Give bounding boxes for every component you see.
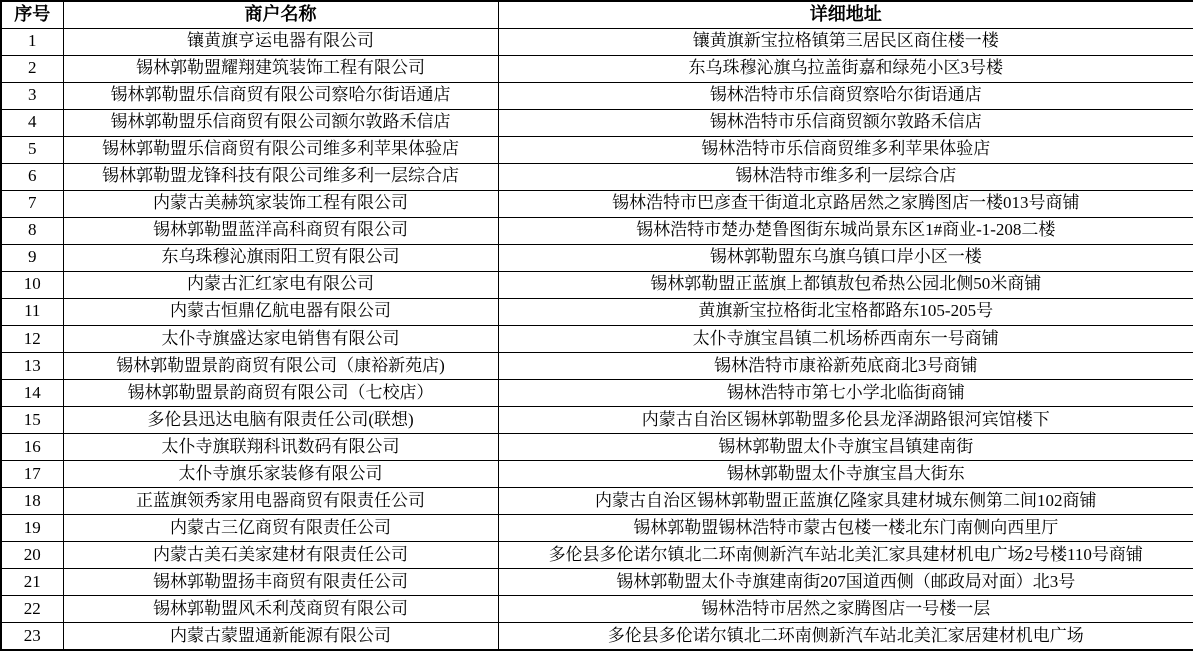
- table-row: 17太仆寺旗乐家装修有限公司锡林郭勒盟太仆寺旗宝昌大街东: [1, 461, 1193, 488]
- address-cell: 锡林浩特市楚办楚鲁图街东城尚景东区1#商业-1-208二楼: [498, 217, 1193, 244]
- row-index-cell: 17: [1, 461, 63, 488]
- merchant-name-cell: 锡林郭勒盟景韵商贸有限公司（康裕新苑店): [63, 352, 498, 379]
- merchant-name-cell: 锡林郭勒盟扬丰商贸有限责任公司: [63, 569, 498, 596]
- merchant-name-cell: 锡林郭勒盟龙锋科技有限公司维多利一层综合店: [63, 163, 498, 190]
- merchant-name-cell: 太仆寺旗盛达家电销售有限公司: [63, 325, 498, 352]
- merchant-name-cell: 锡林郭勒盟蓝洋高科商贸有限公司: [63, 217, 498, 244]
- address-cell: 锡林郭勒盟太仆寺旗建南街207国道西侧（邮政局对面）北3号: [498, 569, 1193, 596]
- row-index-cell: 5: [1, 136, 63, 163]
- row-index-cell: 15: [1, 406, 63, 433]
- merchant-name-cell: 锡林郭勒盟景韵商贸有限公司（七校店）: [63, 379, 498, 406]
- address-cell: 锡林浩特市乐信商贸额尔敦路禾信店: [498, 109, 1193, 136]
- row-index-cell: 16: [1, 433, 63, 460]
- table-row: 18正蓝旗领秀家用电器商贸有限责任公司内蒙古自治区锡林郭勒盟正蓝旗亿隆家具建材城…: [1, 488, 1193, 515]
- row-index-cell: 6: [1, 163, 63, 190]
- merchant-name-cell: 锡林郭勒盟风禾利茂商贸有限公司: [63, 596, 498, 623]
- table-row: 16太仆寺旗联翔科讯数码有限公司锡林郭勒盟太仆寺旗宝昌镇建南街: [1, 433, 1193, 460]
- address-cell: 太仆寺旗宝昌镇二机场桥西南东一号商铺: [498, 325, 1193, 352]
- table-row: 14锡林郭勒盟景韵商贸有限公司（七校店）锡林浩特市第七小学北临街商铺: [1, 379, 1193, 406]
- address-cell: 锡林郭勒盟太仆寺旗宝昌大街东: [498, 461, 1193, 488]
- address-cell: 锡林浩特市康裕新苑底商北3号商铺: [498, 352, 1193, 379]
- merchant-name-cell: 镶黄旗亨运电器有限公司: [63, 28, 498, 55]
- table-row: 21锡林郭勒盟扬丰商贸有限责任公司锡林郭勒盟太仆寺旗建南街207国道西侧（邮政局…: [1, 569, 1193, 596]
- merchant-name-cell: 内蒙古三亿商贸有限责任公司: [63, 515, 498, 542]
- table-row: 20内蒙古美石美家建材有限责任公司多伦县多伦诺尔镇北二环南侧新汽车站北美汇家具建…: [1, 542, 1193, 569]
- address-cell: 多伦县多伦诺尔镇北二环南侧新汽车站北美汇家具建材机电广场2号楼110号商铺: [498, 542, 1193, 569]
- row-index-cell: 2: [1, 55, 63, 82]
- address-cell: 锡林浩特市维多利一层综合店: [498, 163, 1193, 190]
- row-index-cell: 3: [1, 82, 63, 109]
- row-index-cell: 19: [1, 515, 63, 542]
- merchant-name-cell: 内蒙古蒙盟通新能源有限公司: [63, 623, 498, 650]
- table-row: 7内蒙古美赫筑家装饰工程有限公司锡林浩特市巴彦查干街道北京路居然之家腾图店一楼0…: [1, 190, 1193, 217]
- address-cell: 东乌珠穆沁旗乌拉盖街嘉和绿苑小区3号楼: [498, 55, 1193, 82]
- table-row: 10内蒙古汇红家电有限公司锡林郭勒盟正蓝旗上都镇敖包希热公园北侧50米商铺: [1, 271, 1193, 298]
- table-row: 5锡林郭勒盟乐信商贸有限公司维多利苹果体验店锡林浩特市乐信商贸维多利苹果体验店: [1, 136, 1193, 163]
- row-index-cell: 12: [1, 325, 63, 352]
- merchant-name-cell: 多伦县迅达电脑有限责任公司(联想): [63, 406, 498, 433]
- table-row: 11内蒙古恒鼎亿航电器有限公司黄旗新宝拉格街北宝格都路东105-205号: [1, 298, 1193, 325]
- address-cell: 锡林浩特市乐信商贸察哈尔街语通店: [498, 82, 1193, 109]
- merchant-name-cell: 锡林郭勒盟乐信商贸有限公司额尔敦路禾信店: [63, 109, 498, 136]
- merchant-name-cell: 太仆寺旗联翔科讯数码有限公司: [63, 433, 498, 460]
- table-row: 6锡林郭勒盟龙锋科技有限公司维多利一层综合店锡林浩特市维多利一层综合店: [1, 163, 1193, 190]
- row-index-cell: 7: [1, 190, 63, 217]
- address-cell: 锡林浩特市乐信商贸维多利苹果体验店: [498, 136, 1193, 163]
- table-row: 8锡林郭勒盟蓝洋高科商贸有限公司锡林浩特市楚办楚鲁图街东城尚景东区1#商业-1-…: [1, 217, 1193, 244]
- header-row: 序号 商户名称 详细地址: [1, 1, 1193, 28]
- merchant-name-cell: 正蓝旗领秀家用电器商贸有限责任公司: [63, 488, 498, 515]
- row-index-cell: 11: [1, 298, 63, 325]
- merchant-name-cell: 锡林郭勒盟乐信商贸有限公司察哈尔街语通店: [63, 82, 498, 109]
- address-cell: 锡林郭勒盟东乌旗乌镇口岸小区一楼: [498, 244, 1193, 271]
- column-header-address: 详细地址: [498, 1, 1193, 28]
- address-cell: 锡林浩特市居然之家腾图店一号楼一层: [498, 596, 1193, 623]
- table-row: 13锡林郭勒盟景韵商贸有限公司（康裕新苑店)锡林浩特市康裕新苑底商北3号商铺: [1, 352, 1193, 379]
- table-row: 3锡林郭勒盟乐信商贸有限公司察哈尔街语通店锡林浩特市乐信商贸察哈尔街语通店: [1, 82, 1193, 109]
- merchant-name-cell: 内蒙古汇红家电有限公司: [63, 271, 498, 298]
- table-row: 12太仆寺旗盛达家电销售有限公司太仆寺旗宝昌镇二机场桥西南东一号商铺: [1, 325, 1193, 352]
- merchant-name-cell: 锡林郭勒盟耀翔建筑装饰工程有限公司: [63, 55, 498, 82]
- address-cell: 内蒙古自治区锡林郭勒盟正蓝旗亿隆家具建材城东侧第二间102商铺: [498, 488, 1193, 515]
- merchant-name-cell: 锡林郭勒盟乐信商贸有限公司维多利苹果体验店: [63, 136, 498, 163]
- row-index-cell: 1: [1, 28, 63, 55]
- merchant-name-cell: 内蒙古美赫筑家装饰工程有限公司: [63, 190, 498, 217]
- merchant-table: 序号 商户名称 详细地址 1镶黄旗亨运电器有限公司镶黄旗新宝拉格镇第三居民区商住…: [0, 0, 1193, 651]
- row-index-cell: 13: [1, 352, 63, 379]
- merchant-name-cell: 内蒙古恒鼎亿航电器有限公司: [63, 298, 498, 325]
- row-index-cell: 23: [1, 623, 63, 650]
- address-cell: 锡林郭勒盟正蓝旗上都镇敖包希热公园北侧50米商铺: [498, 271, 1193, 298]
- address-cell: 镶黄旗新宝拉格镇第三居民区商住楼一楼: [498, 28, 1193, 55]
- table-row: 23内蒙古蒙盟通新能源有限公司多伦县多伦诺尔镇北二环南侧新汽车站北美汇家居建材机…: [1, 623, 1193, 650]
- row-index-cell: 18: [1, 488, 63, 515]
- address-cell: 锡林郭勒盟太仆寺旗宝昌镇建南街: [498, 433, 1193, 460]
- row-index-cell: 10: [1, 271, 63, 298]
- merchant-name-cell: 东乌珠穆沁旗雨阳工贸有限公司: [63, 244, 498, 271]
- address-cell: 锡林郭勒盟锡林浩特市蒙古包楼一楼北东门南侧向西里厅: [498, 515, 1193, 542]
- table-row: 1镶黄旗亨运电器有限公司镶黄旗新宝拉格镇第三居民区商住楼一楼: [1, 28, 1193, 55]
- address-cell: 锡林浩特市第七小学北临街商铺: [498, 379, 1193, 406]
- address-cell: 内蒙古自治区锡林郭勒盟多伦县龙泽湖路银河宾馆楼下: [498, 406, 1193, 433]
- row-index-cell: 22: [1, 596, 63, 623]
- address-cell: 黄旗新宝拉格街北宝格都路东105-205号: [498, 298, 1193, 325]
- table-body: 1镶黄旗亨运电器有限公司镶黄旗新宝拉格镇第三居民区商住楼一楼2锡林郭勒盟耀翔建筑…: [1, 28, 1193, 650]
- row-index-cell: 21: [1, 569, 63, 596]
- table-row: 19内蒙古三亿商贸有限责任公司锡林郭勒盟锡林浩特市蒙古包楼一楼北东门南侧向西里厅: [1, 515, 1193, 542]
- table-row: 9东乌珠穆沁旗雨阳工贸有限公司锡林郭勒盟东乌旗乌镇口岸小区一楼: [1, 244, 1193, 271]
- column-header-name: 商户名称: [63, 1, 498, 28]
- row-index-cell: 4: [1, 109, 63, 136]
- address-cell: 锡林浩特市巴彦查干街道北京路居然之家腾图店一楼013号商铺: [498, 190, 1193, 217]
- row-index-cell: 8: [1, 217, 63, 244]
- column-header-index: 序号: [1, 1, 63, 28]
- table-row: 22锡林郭勒盟风禾利茂商贸有限公司锡林浩特市居然之家腾图店一号楼一层: [1, 596, 1193, 623]
- row-index-cell: 9: [1, 244, 63, 271]
- table-row: 15多伦县迅达电脑有限责任公司(联想)内蒙古自治区锡林郭勒盟多伦县龙泽湖路银河宾…: [1, 406, 1193, 433]
- address-cell: 多伦县多伦诺尔镇北二环南侧新汽车站北美汇家居建材机电广场: [498, 623, 1193, 650]
- table-row: 4锡林郭勒盟乐信商贸有限公司额尔敦路禾信店锡林浩特市乐信商贸额尔敦路禾信店: [1, 109, 1193, 136]
- merchant-name-cell: 太仆寺旗乐家装修有限公司: [63, 461, 498, 488]
- row-index-cell: 14: [1, 379, 63, 406]
- row-index-cell: 20: [1, 542, 63, 569]
- table-row: 2锡林郭勒盟耀翔建筑装饰工程有限公司东乌珠穆沁旗乌拉盖街嘉和绿苑小区3号楼: [1, 55, 1193, 82]
- merchant-name-cell: 内蒙古美石美家建材有限责任公司: [63, 542, 498, 569]
